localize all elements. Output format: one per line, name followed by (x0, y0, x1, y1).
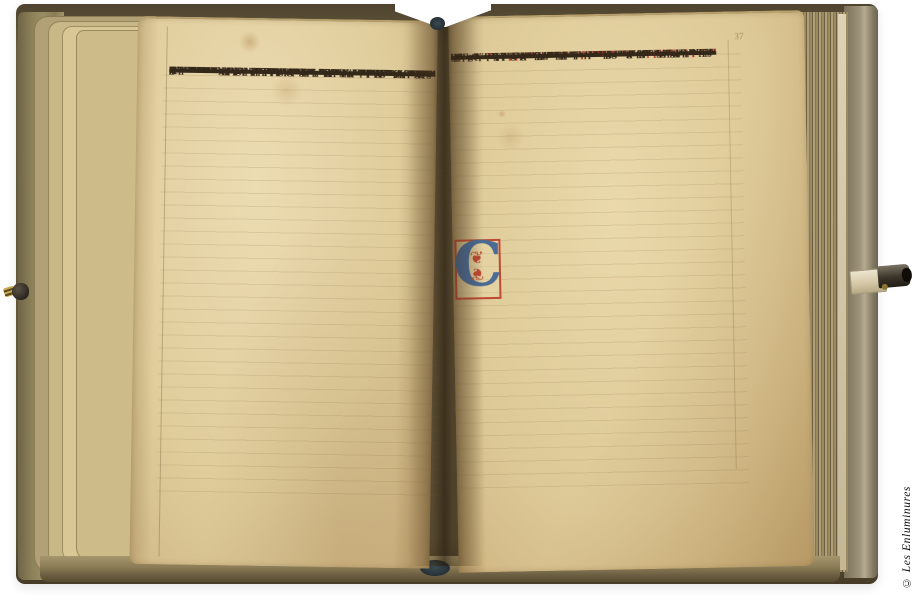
margin-ruling-line (728, 39, 737, 469)
initial-filigree-icon: ❦ (470, 265, 485, 282)
manuscript-line: que filii huius seculi et filii tenebrar… (169, 63, 435, 80)
credit-caption: © Les Enluminures (901, 486, 913, 588)
binding-sewing-top (430, 17, 445, 30)
left-page-text-column: cor meum in delicias voluptatis et sup i… (169, 63, 435, 67)
page-edge-highlight (838, 14, 846, 570)
folio-number: 37 (734, 31, 743, 41)
margin-ruling-line (159, 26, 168, 556)
left-parchment-page: cor meum in delicias voluptatis et sup i… (129, 16, 438, 569)
clasp-pin-left (4, 280, 38, 306)
right-parchment-page: 37 C ❦ ❦ atione sua que gestat cum hiis … (448, 10, 815, 573)
ruling-lines (156, 62, 449, 502)
right-page-text-column: atione sua que gestat cum hiis qui iacen… (451, 46, 716, 51)
clasp-strap-right (848, 251, 918, 305)
manuscript-photo: cor meum in delicias voluptatis et sup i… (0, 0, 918, 600)
clasp-knob-icon (12, 283, 29, 300)
clasp-hole-icon (901, 268, 912, 283)
illuminated-initial: C ❦ ❦ (452, 235, 503, 302)
manuscript-line: num et aurum. turbas regum provinciarum.… (451, 46, 716, 64)
